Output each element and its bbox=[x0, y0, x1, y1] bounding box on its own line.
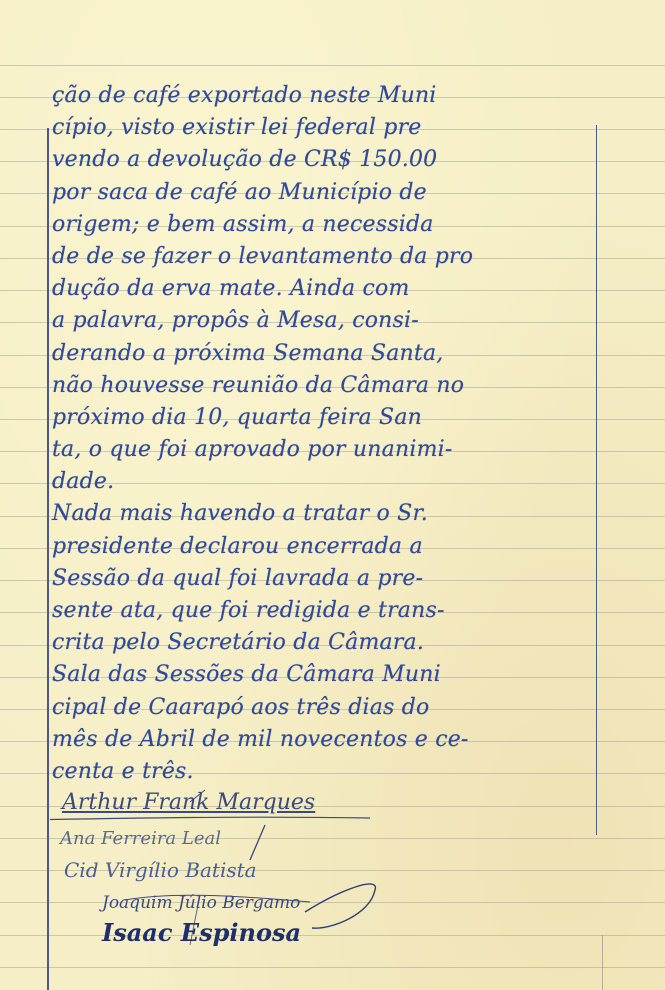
text-line: origem; e bem assim, a necessida bbox=[52, 209, 612, 241]
ruled-line bbox=[0, 65, 665, 66]
signature-block: Arthur Frank Marques Ana Ferreira Leal C… bbox=[50, 780, 450, 960]
scanned-page: ção de café exportado neste Muni cípio, … bbox=[0, 0, 665, 990]
text-line: derando a próxima Semana Santa, bbox=[52, 338, 612, 370]
text-line: dade. bbox=[52, 466, 612, 498]
text-line: próximo dia 10, quarta feira San bbox=[52, 402, 612, 434]
ruled-line bbox=[0, 967, 665, 968]
text-line: cipal de Caarapó aos três dias do bbox=[52, 692, 612, 724]
signature: Isaac Espinosa bbox=[102, 918, 301, 947]
text-line: vendo a devolução de CR$ 150.00 bbox=[52, 144, 612, 176]
signature: Joaquim Júlio Bergamo bbox=[102, 893, 300, 913]
text-line: cípio, visto existir lei federal pre bbox=[52, 112, 612, 144]
text-line: Sala das Sessões da Câmara Muni bbox=[52, 659, 612, 691]
right-margin-line-faint bbox=[602, 935, 603, 990]
text-line: crita pelo Secretário da Câmara. bbox=[52, 627, 612, 659]
text-line: dução da erva mate. Ainda com bbox=[52, 273, 612, 305]
text-line: ção de café exportado neste Muni bbox=[52, 80, 612, 112]
text-line: por saca de café ao Município de bbox=[52, 177, 612, 209]
signature: Cid Virgílio Batista bbox=[64, 858, 257, 882]
text-line: mês de Abril de mil novecentos e ce- bbox=[52, 724, 612, 756]
handwritten-body: ção de café exportado neste Muni cípio, … bbox=[52, 80, 612, 788]
text-line: ta, o que foi aprovado por unanimi- bbox=[52, 434, 612, 466]
signature: Ana Ferreira Leal bbox=[60, 828, 221, 849]
left-margin-line bbox=[47, 128, 49, 990]
text-line: Nada mais havendo a tratar o Sr. bbox=[52, 498, 612, 530]
text-line: presidente declarou encerrada a bbox=[52, 531, 612, 563]
text-line: a palavra, propôs à Mesa, consi- bbox=[52, 305, 612, 337]
text-line: não houvesse reunião da Câmara no bbox=[52, 370, 612, 402]
signature: Arthur Frank Marques bbox=[62, 790, 315, 815]
text-line: Sessão da qual foi lavrada a pre- bbox=[52, 563, 612, 595]
text-line: de de se fazer o levantamento da pro bbox=[52, 241, 612, 273]
text-line: sente ata, que foi redigida e trans- bbox=[52, 595, 612, 627]
